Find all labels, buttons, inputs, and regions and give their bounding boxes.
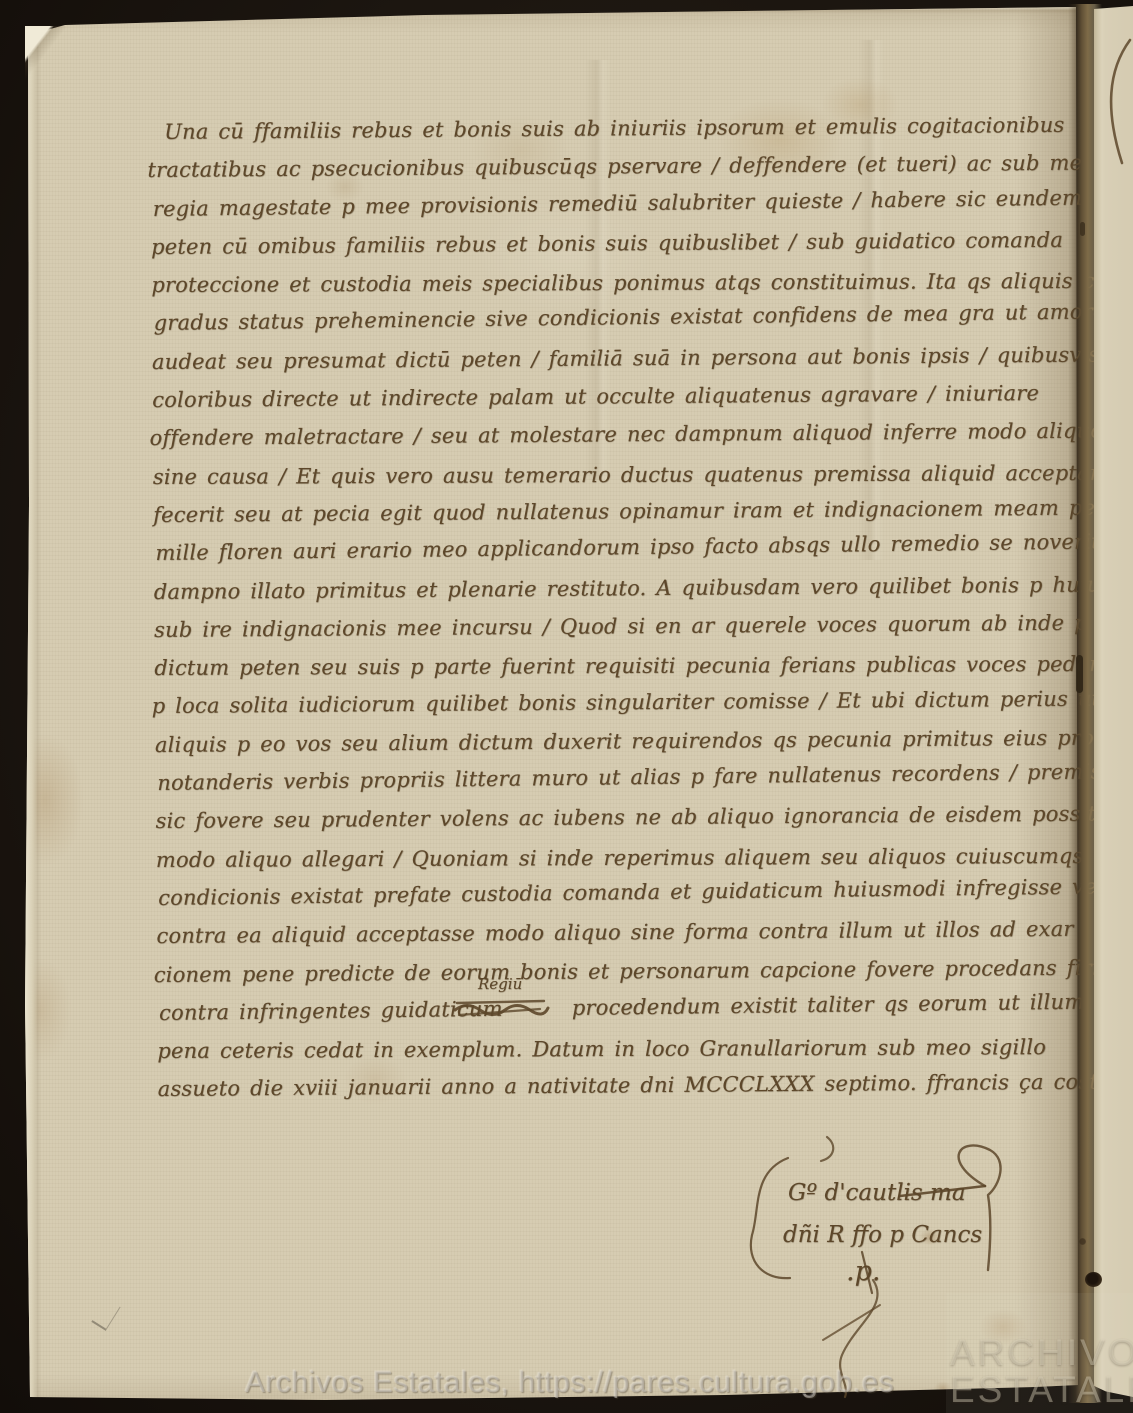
gutter-ink-speck bbox=[1080, 222, 1085, 236]
wormhole bbox=[1079, 1238, 1086, 1245]
manuscript-line: sic fovere seu prudenter volens ac iuben… bbox=[155, 795, 1035, 840]
manuscript-line: assueto die xviii januarii anno a nativi… bbox=[158, 1063, 1038, 1108]
manuscript-line: dampno illato primitus et plenarie resti… bbox=[154, 566, 1034, 611]
book-gutter bbox=[1068, 4, 1102, 1403]
manuscript-line: pena ceteris cedat in exemplum. Datum in… bbox=[157, 1028, 1037, 1070]
manuscript-line: peten cū omibus familiis rebus et bonis … bbox=[151, 221, 1031, 266]
page-corner-fold bbox=[25, 26, 77, 84]
scribbled-out-word bbox=[452, 992, 552, 1022]
manuscript-line: sine causa / Et quis vero ausu temerario… bbox=[153, 454, 1033, 496]
manuscript-line: offendere maletractare / seu at molestar… bbox=[149, 412, 1029, 457]
corner-watermark: ESTATALES bbox=[950, 1369, 1133, 1411]
gutter-tear bbox=[1076, 655, 1083, 693]
interlinear-addition: Regiū bbox=[478, 975, 522, 993]
wormhole bbox=[1085, 1272, 1102, 1287]
footer-watermark: Archivos Estatales, https://pares.cultur… bbox=[245, 1366, 894, 1400]
corner-watermark: ARCHIVOS bbox=[950, 1332, 1133, 1374]
ink-mark bbox=[1100, 30, 1133, 175]
manuscript-line: sub ire indignacionis mee incursu / Quod… bbox=[154, 604, 1034, 649]
manuscript-scan: Una cū ffamiliis rebus et bonis suis ab … bbox=[0, 0, 1133, 1413]
manuscript-text-block: Una cū ffamiliis rebus et bonis suis ab … bbox=[150, 106, 1038, 1109]
manuscript-line: p loca solita iudiciorum quilibet bonis … bbox=[152, 681, 1032, 726]
